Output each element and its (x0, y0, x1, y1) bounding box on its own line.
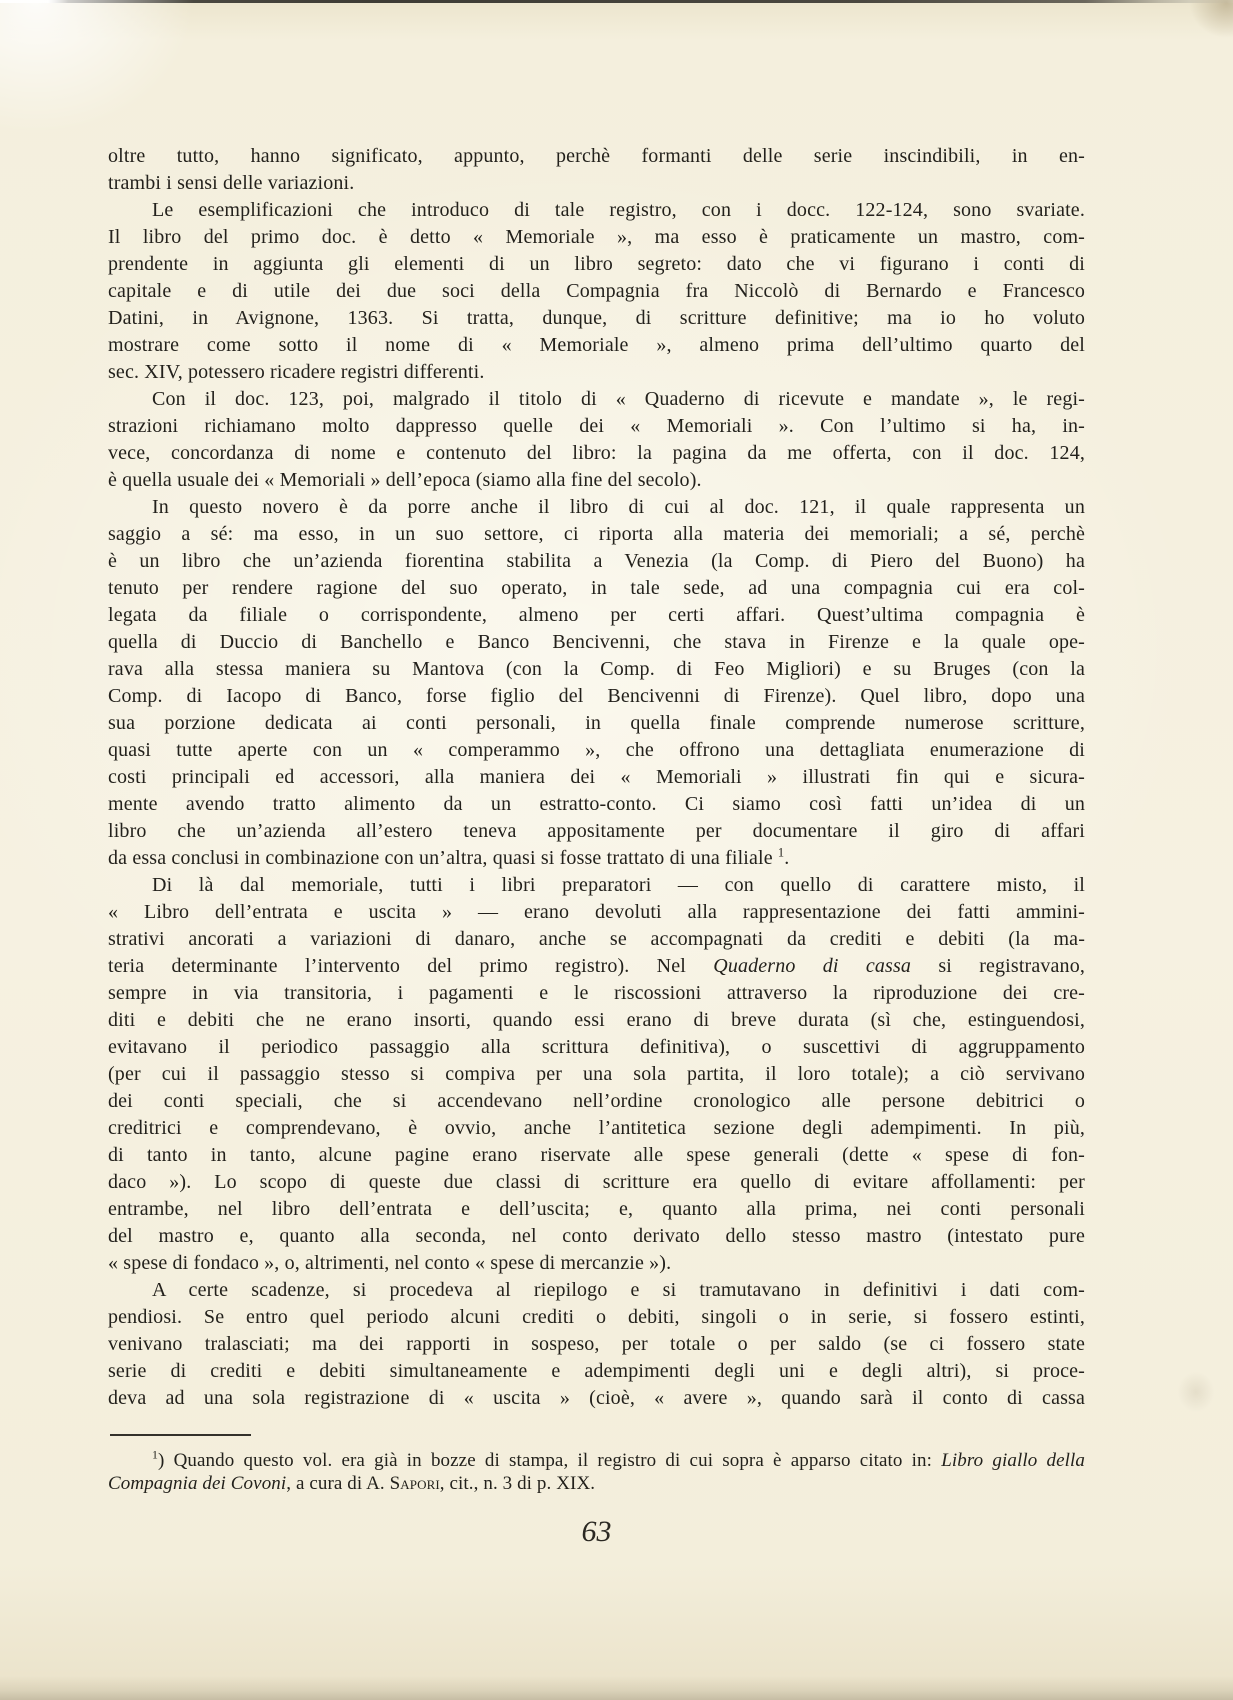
footnote: 1) Quando questo vol. era già in bozze d… (108, 1449, 1085, 1495)
text-line: del mastro e, quanto alla seconda, nel c… (108, 1223, 1085, 1250)
margin-smudge (1176, 1370, 1216, 1414)
text-line: teria determinante l’intervento del prim… (108, 953, 1085, 980)
text-line: daco »). Lo scopo di queste due classi d… (108, 1169, 1085, 1196)
text-line: sec. XIV, potessero ricadere registri di… (108, 359, 1085, 386)
text-line: da essa conclusi in combinazione con un’… (108, 845, 1085, 872)
text-line: vece, concordanza di nome e contenuto de… (108, 440, 1085, 467)
text-line: tenuto per rendere ragione del suo opera… (108, 575, 1085, 602)
body-text: oltre tutto, hanno significato, appunto,… (108, 143, 1085, 1412)
text-line: di tanto in tanto, alcune pagine erano r… (108, 1142, 1085, 1169)
text-line: « spese di fondaco », o, altrimenti, nel… (108, 1250, 1085, 1277)
text-line: sua porzione dedicata ai conti personali… (108, 710, 1085, 737)
text-line: (per cui il passaggio stesso si compiva … (108, 1061, 1085, 1088)
text-line: oltre tutto, hanno significato, appunto,… (108, 143, 1085, 170)
text-line: diti e debiti che ne erano insorti, quan… (108, 1007, 1085, 1034)
text-line: sempre in via transitoria, i pagamenti e… (108, 980, 1085, 1007)
text-line: saggio a sé: ma esso, in un suo settore,… (108, 521, 1085, 548)
text-line: creditrici e comprendevano, è ovvio, anc… (108, 1115, 1085, 1142)
text-line: In questo novero è da porre anche il lib… (108, 494, 1085, 521)
scan-bottom-shadow (0, 1676, 1233, 1700)
text-line: Le esemplificazioni che introduco di tal… (108, 197, 1085, 224)
text-line: quasi tutte aperte con un « comperammo »… (108, 737, 1085, 764)
text-line: evitavano il periodico passaggio alla sc… (108, 1034, 1085, 1061)
text-line: entrambe, nel libro dell’entrata e dell’… (108, 1196, 1085, 1223)
text-line: deva ad una sola registrazione di « usci… (108, 1385, 1085, 1412)
text-line: Con il doc. 123, poi, malgrado il titolo… (108, 386, 1085, 413)
text-line: venivano tralasciati; ma dei rapporti in… (108, 1331, 1085, 1358)
text-line: mente avendo tratto alimento da un estra… (108, 791, 1085, 818)
scanned-book-page: oltre tutto, hanno significato, appunto,… (0, 0, 1233, 1700)
footnote-divider (110, 1434, 251, 1436)
text-line: « Libro dell’entrata e uscita » — erano … (108, 899, 1085, 926)
text-line: Datini, in Avignone, 1363. Si tratta, du… (108, 305, 1085, 332)
text-line: rava alla stessa maniera su Mantova (con… (108, 656, 1085, 683)
text-line: Il libro del primo doc. è detto « Memori… (108, 224, 1085, 251)
text-line: trambi i sensi delle variazioni. (108, 170, 1085, 197)
text-line: è un libro che un’azienda fiorentina sta… (108, 548, 1085, 575)
text-line: è quella usuale dei « Memoriali » dell’e… (108, 467, 1085, 494)
text-line: Di là dal memoriale, tutti i libri prepa… (108, 872, 1085, 899)
text-line: legata da filiale o corrispondente, alme… (108, 602, 1085, 629)
text-line: strazioni richiamano molto dappresso que… (108, 413, 1085, 440)
page-number: 63 (108, 1515, 1085, 1549)
text-line: strativi ancorati a variazioni di danaro… (108, 926, 1085, 953)
text-line: quella di Duccio di Banchello e Banco Be… (108, 629, 1085, 656)
text-line: capitale e di utile dei due soci della C… (108, 278, 1085, 305)
text-line: Comp. di Iacopo di Banco, forse figlio d… (108, 683, 1085, 710)
scan-corner-highlight (0, 0, 200, 140)
scan-corner-smudge (1189, 0, 1233, 38)
text-line: 1) Quando questo vol. era già in bozze d… (108, 1449, 1085, 1472)
text-line: pendiosi. Se entro quel periodo alcuni c… (108, 1304, 1085, 1331)
text-line: costi principali ed accessori, alla mani… (108, 764, 1085, 791)
text-line: dei conti speciali, che si accendevano n… (108, 1088, 1085, 1115)
text-line: mostrare come sotto il nome di « Memoria… (108, 332, 1085, 359)
text-line: serie di crediti e debiti simultaneament… (108, 1358, 1085, 1385)
text-line: prendente in aggiunta gli elementi di un… (108, 251, 1085, 278)
text-line: A certe scadenze, si procedeva al riepil… (108, 1277, 1085, 1304)
text-line: Compagnia dei Covoni, a cura di A. Sapor… (108, 1472, 1085, 1495)
text-line: libro che un’azienda all’estero teneva a… (108, 818, 1085, 845)
